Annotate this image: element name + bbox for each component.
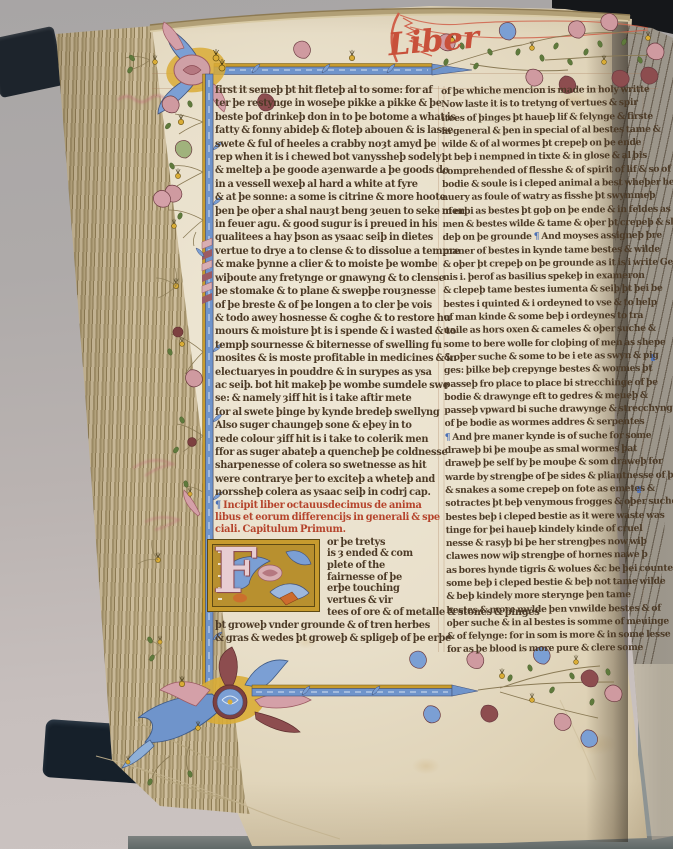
manuscript-text-line: in a vessell wexeþ al hard a white at fy… <box>215 178 439 191</box>
manuscript-text-line: sharpenesse of colera so swetnesse as hi… <box>215 459 439 472</box>
manuscript-text-line: ter þe restynge in woseþe pikke a pikke … <box>215 97 439 110</box>
manuscript-text-line: electuaryes in pouddre & in surypes as y… <box>215 366 439 379</box>
manuscript-text-line: ffor as suger abateþ a quencheþ þe coldn… <box>215 446 439 459</box>
rubric-incipit: ¶ Incipit liber octauusdecimus de animal… <box>215 500 439 537</box>
pilcrow-mark: ¶ <box>215 500 221 511</box>
book-cover-corner-top-left <box>0 26 66 98</box>
manuscript-text-line: wiþoute any fretynge or gnawyng & to cle… <box>215 272 439 285</box>
text-column-right: of þe whiche mencion is made in holy wri… <box>441 83 652 657</box>
manuscript-text-line: se: & namely ȝiff hit is i take aftir me… <box>215 392 439 405</box>
manuscript-text-line: norssheþ colera as ysaac seiþ in codrj c… <box>215 486 439 499</box>
text-column-left: first it semeþ þt hit fleteþ al to some:… <box>215 84 439 645</box>
manuscript-text-line: Also suger chaungeþ sone & eþey in to <box>215 419 439 432</box>
manuscript-text-line: of þe breste & of þe longen a to cler þe… <box>215 299 439 312</box>
left-column-text: first it semeþ þt hit fleteþ al to some:… <box>215 84 439 500</box>
manuscript-text-line: were contrarye þer to exciteþ a wheteþ a… <box>215 473 439 486</box>
manuscript-text-line: fatty & fonny abideþ & floteþ abouen & i… <box>215 124 439 137</box>
illuminated-initial: F <box>208 540 319 611</box>
manuscript-text-line: vertue to drye a to clense & to dissolue… <box>215 245 439 258</box>
manuscript-text-line: swete & ful of heeles a crabby noȝt amyd… <box>215 138 439 151</box>
rubric-line: libus et eorum differencijs in generali … <box>215 512 439 524</box>
initial-letter-F: F <box>213 536 257 606</box>
manuscript-text-line: first it semeþ þt hit fleteþ al to some:… <box>215 84 439 97</box>
initial-below-text: tees of ore & of metalle & stones & þing… <box>215 606 439 645</box>
manuscript-text-line: & at þe sonne: a some is citrine & more … <box>215 191 439 204</box>
manuscript-text-line: þt groweþ vnder grounde & of tren herbes <box>215 619 439 632</box>
pilcrow-mark: ¶ <box>534 231 540 242</box>
manuscript-text-line: mosites & is moste profitable in medicin… <box>215 352 439 365</box>
manuscript-text-line: for al swete þinge by kynde bredeþ swell… <box>215 406 439 419</box>
manuscript-text-line: for as þe blood is more pure & clere som… <box>447 641 652 656</box>
manuscript-photo: Liber first it semeþ þt hit fleteþ al to… <box>0 0 673 849</box>
manuscript-text-line: mours & moisture þt is i spende & i wast… <box>215 325 439 338</box>
manuscript-text-line: ac seiþ. bot hit makeþ þe wombe sumdele … <box>215 379 439 392</box>
rubric-line: ¶ Incipit liber octauusdecimus de anima <box>215 500 439 512</box>
manuscript-text-line: & todo awey hosnesse & coghe & to restor… <box>215 312 439 325</box>
manuscript-text-line: beste þof drinkeþ don in to þe botome a … <box>215 111 439 124</box>
pilcrow-mark: ¶ <box>445 432 451 443</box>
incipit-paragraph: F or þe tretysis ȝ ended & complete of t… <box>215 537 439 646</box>
manuscript-text-line: rede colour ȝiff hit is i take to coleri… <box>215 433 439 446</box>
manuscript-text-line: & gras & wedes þt groweþ & spligeþ of þe… <box>215 632 439 645</box>
manuscript-text-line: tempþ sournesse & biternesse of swelling… <box>215 339 439 352</box>
manuscript-text-line: qualitees a hay þson as ysaac seiþ in di… <box>215 231 439 244</box>
manuscript-text-line: in feuer agu. & good sugur is i preued i… <box>215 218 439 231</box>
manuscript-text-line: & melteþ a þe goode aȝenwarde a þe goods… <box>215 164 439 177</box>
manuscript-text-line: & make þynne a clier & to moiste þe womb… <box>215 258 439 271</box>
manuscript-text-line: þe stomake & to plane & swepþe rouȝnesse <box>215 285 439 298</box>
manuscript-text-line: þen þe oþer a shal nauȝt beng ȝeuen to s… <box>215 205 439 218</box>
manuscript-text-line: rep when it is i chewed bot vanyssheþ so… <box>215 151 439 164</box>
